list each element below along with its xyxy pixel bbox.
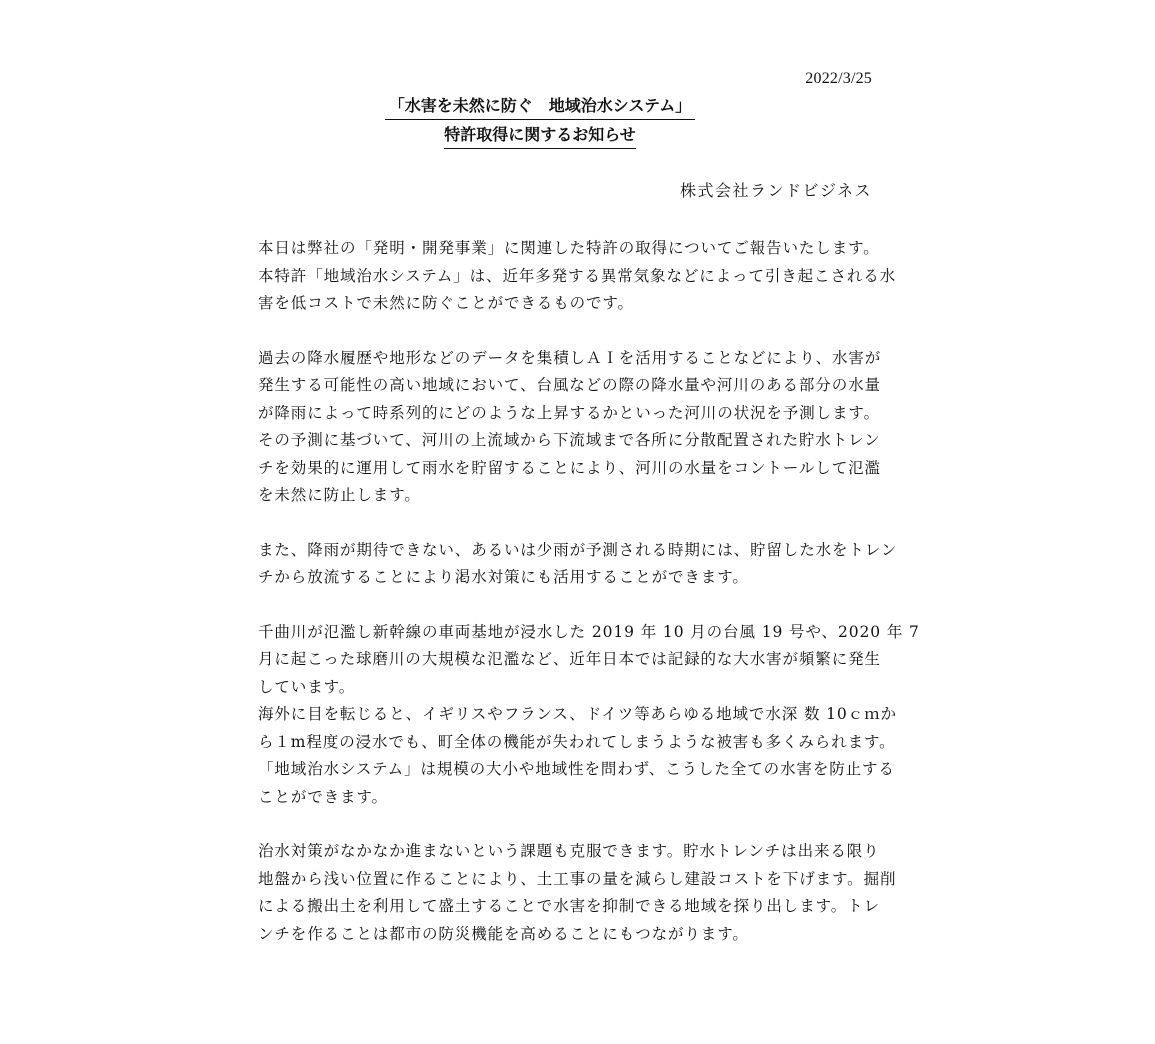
text-line: その予測に基づいて、河川の上流域から下流域まで各所に分散配置された貯水トレン bbox=[258, 427, 898, 455]
text-line: 千曲川が氾濫し新幹線の車両基地が浸水した 2019 年 10 月の台風 19 号… bbox=[258, 619, 898, 647]
document-body: 本日は弊社の「発明・開発事業」に関連した特許の取得についてご報告いたします。 本… bbox=[258, 235, 898, 975]
text-line: 「地域治水システム」は規模の大小や地域性を問わず、こうした全ての水害を防止する bbox=[258, 756, 898, 784]
text-line: チから放流することにより渇水対策にも活用することができます。 bbox=[258, 564, 898, 592]
document-title-line-2: 特許取得に関するお知らせ bbox=[0, 124, 1080, 149]
text-line: 本日は弊社の「発明・開発事業」に関連した特許の取得についてご報告いたします。 bbox=[258, 235, 898, 263]
text-line: しています。 bbox=[258, 674, 898, 702]
document-title-line-1: 「水害を未然に防ぐ 地域治水システム」 bbox=[0, 95, 1080, 120]
document-date: 2022/3/25 bbox=[805, 68, 872, 90]
text-line: 地盤から浅い位置に作ることにより、土工事の量を減らし建設コストを下げます。掘削 bbox=[258, 866, 898, 894]
title-text-1: 「水害を未然に防ぐ 地域治水システム」 bbox=[385, 95, 695, 120]
paragraph-3: また、降雨が期待できない、あるいは少雨が予測される時期には、貯留した水をトレン … bbox=[258, 537, 898, 592]
text-line: 本特許「地域治水システム」は、近年多発する異常気象などによって引き起こされる水 bbox=[258, 263, 898, 291]
paragraph-1: 本日は弊社の「発明・開発事業」に関連した特許の取得についてご報告いたします。 本… bbox=[258, 235, 898, 318]
text-line: 海外に目を転じると、イギリスやフランス、ドイツ等あらゆる地域で水深 数 10ｃｍ… bbox=[258, 701, 898, 729]
paragraph-2: 過去の降水履歴や地形などのデータを集積しＡＩを活用することなどにより、水害が 発… bbox=[258, 345, 898, 510]
title-text-2: 特許取得に関するお知らせ bbox=[444, 124, 636, 149]
text-line: を未然に防止します。 bbox=[258, 482, 898, 510]
text-line: 治水対策がなかなか進まないという課題も克服できます。貯水トレンチは出来る限り bbox=[258, 838, 898, 866]
text-line: チを効果的に運用して雨水を貯留することにより、河川の水量をコントールして氾濫 bbox=[258, 455, 898, 483]
text-line: による搬出土を利用して盛土することで水害を抑制できる地域を探り出します。トレ bbox=[258, 893, 898, 921]
text-line: 発生する可能性の高い地域において、台風などの際の降水量や河川のある部分の水量 bbox=[258, 372, 898, 400]
text-line: 害を低コストで未然に防ぐことができるものです。 bbox=[258, 290, 898, 318]
text-line: 月に起こった球磨川の大規模な氾濫など、近年日本では記録的な大水害が頻繁に発生 bbox=[258, 646, 898, 674]
text-line: ら１m程度の浸水でも、町全体の機能が失われてしまうような被害も多くみられます。 bbox=[258, 729, 898, 757]
text-line: 過去の降水履歴や地形などのデータを集積しＡＩを活用することなどにより、水害が bbox=[258, 345, 898, 373]
text-line: また、降雨が期待できない、あるいは少雨が予測される時期には、貯留した水をトレン bbox=[258, 537, 898, 565]
text-line: ンチを作ることは都市の防災機能を高めることにもつながります。 bbox=[258, 921, 898, 949]
company-name: 株式会社ランドビジネス bbox=[680, 180, 872, 202]
document-page: 2022/3/25 「水害を未然に防ぐ 地域治水システム」 特許取得に関するお知… bbox=[0, 0, 1155, 1044]
paragraph-4: 千曲川が氾濫し新幹線の車両基地が浸水した 2019 年 10 月の台風 19 号… bbox=[258, 619, 898, 812]
text-line: が降雨によって時系列的にどのような上昇するかといった河川の状況を予測します。 bbox=[258, 400, 898, 428]
paragraph-5: 治水対策がなかなか進まないという課題も克服できます。貯水トレンチは出来る限り 地… bbox=[258, 838, 898, 948]
text-line: ことができます。 bbox=[258, 784, 898, 812]
